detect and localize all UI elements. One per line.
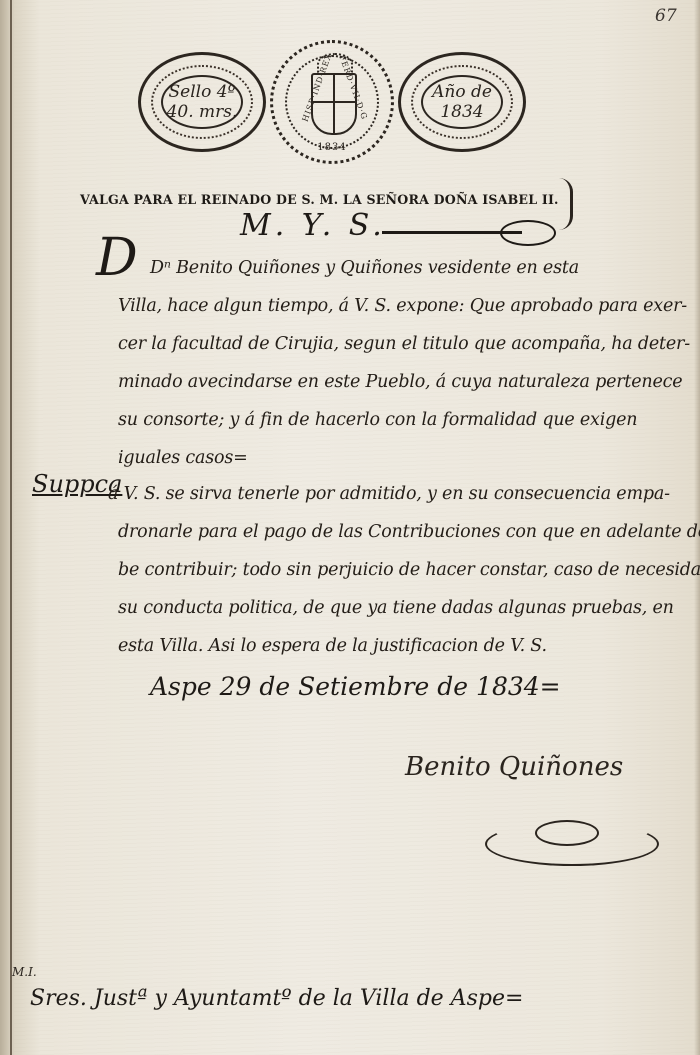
stamp-year-label: Año de (432, 82, 492, 102)
stamp-left-oval: Sello 4º 40. mrs. (138, 52, 266, 152)
petition-line-1: á V. S. se sirva tenerle por admitido, y… (108, 484, 670, 504)
document-page: 67 Sello 4º 40. mrs. HISP·IND·REX FERD·V… (0, 0, 700, 1055)
stamp-year: 1834 (440, 102, 483, 122)
petition-line-5: esta Villa. Asi lo espera de la justific… (118, 636, 547, 656)
petition-line-4: su conducta politica, de que ya tiene da… (118, 598, 674, 618)
salutation-flourish (500, 220, 556, 246)
stamp-seal-class: Sello 4º (168, 82, 235, 102)
printed-header: VALGA PARA EL REINADO DE S. M. LA SEÑORA… (80, 192, 559, 207)
petition-line-2: dronarle para el pago de las Contribucio… (118, 522, 700, 542)
body-line-5: su consorte; y á fin de hacerlo con la f… (118, 410, 637, 430)
address-line: Sres. Justª y Ayuntamtº de la Villa de A… (30, 986, 523, 1011)
body-line-2: Villa, hace algun tiempo, á V. S. expone… (118, 296, 687, 316)
signature: Benito Quiñones (405, 752, 623, 782)
body-line-3: cer la facultad de Cirujia, segun el tit… (118, 334, 690, 354)
stamp-right-oval: Año de 1834 (398, 52, 526, 152)
petition-line-3: be contribuir; todo sin perjuicio de hac… (118, 560, 700, 580)
tax-stamp: Sello 4º 40. mrs. HISP·IND·REX FERD·VII·… (138, 40, 526, 166)
flourish-ornament (550, 178, 573, 230)
body-line-6: iguales casos= (118, 448, 248, 468)
signature-rubric-loop (535, 820, 599, 846)
address-margin-note: M.I. (12, 965, 37, 979)
royal-arms-medallion: HISP·IND·REX FERD·VII·D·G 1834 (270, 40, 394, 164)
body-line-1: Dⁿ Benito Quiñones y Quiñones vesidente … (150, 258, 579, 278)
date-line: Aspe 29 de Setiembre de 1834= (150, 672, 561, 701)
medallion-year: 1834 (273, 142, 391, 153)
stamp-price: 40. mrs. (167, 102, 238, 122)
decorative-initial: D (96, 232, 138, 284)
salutation: M. Y. S. (240, 208, 386, 243)
folio-number: 67 (655, 6, 677, 26)
body-line-4: minado avecindarse en este Pueblo, á cuy… (118, 372, 682, 392)
ink-bleedthrough (150, 880, 156, 904)
gutter-line (10, 0, 12, 1055)
